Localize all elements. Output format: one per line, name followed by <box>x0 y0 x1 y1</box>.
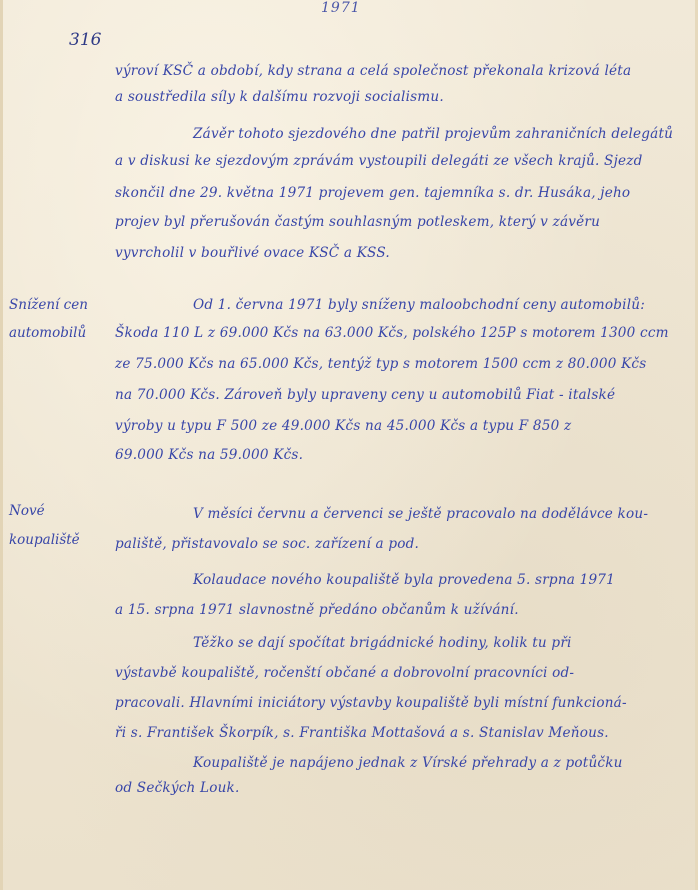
text-line: a 15. srpna 1971 slavnostně předáno obča… <box>115 601 519 619</box>
margin-title: koupaliště <box>9 531 80 549</box>
chronicle-page: 1971 316 výroví KSČ a období, kdy strana… <box>0 0 698 890</box>
text-line: V měsíci červnu a červenci se ještě prac… <box>193 505 648 523</box>
margin-title: Nové <box>9 502 45 520</box>
text-line: ři s. František Škorpík, s. Františka Mo… <box>115 724 609 742</box>
section-new-swimming-pool: Nové koupaliště V měsíci červnu a červen… <box>3 0 698 890</box>
text-line: od Sečkých Louk. <box>115 779 240 797</box>
text-line: Těžko se dají spočítat brigádnické hodin… <box>193 634 572 652</box>
text-line: pracovali. Hlavními iniciátory výstavby … <box>115 694 627 712</box>
text-line: Koupaliště je napájeno jednak z Vírské p… <box>193 754 623 772</box>
text-line: Kolaudace nového koupaliště byla provede… <box>193 571 615 589</box>
text-line: paliště, přistavovalo se soc. zařízení a… <box>115 535 419 553</box>
text-line: výstavbě koupaliště, ročenští občané a d… <box>115 664 574 682</box>
